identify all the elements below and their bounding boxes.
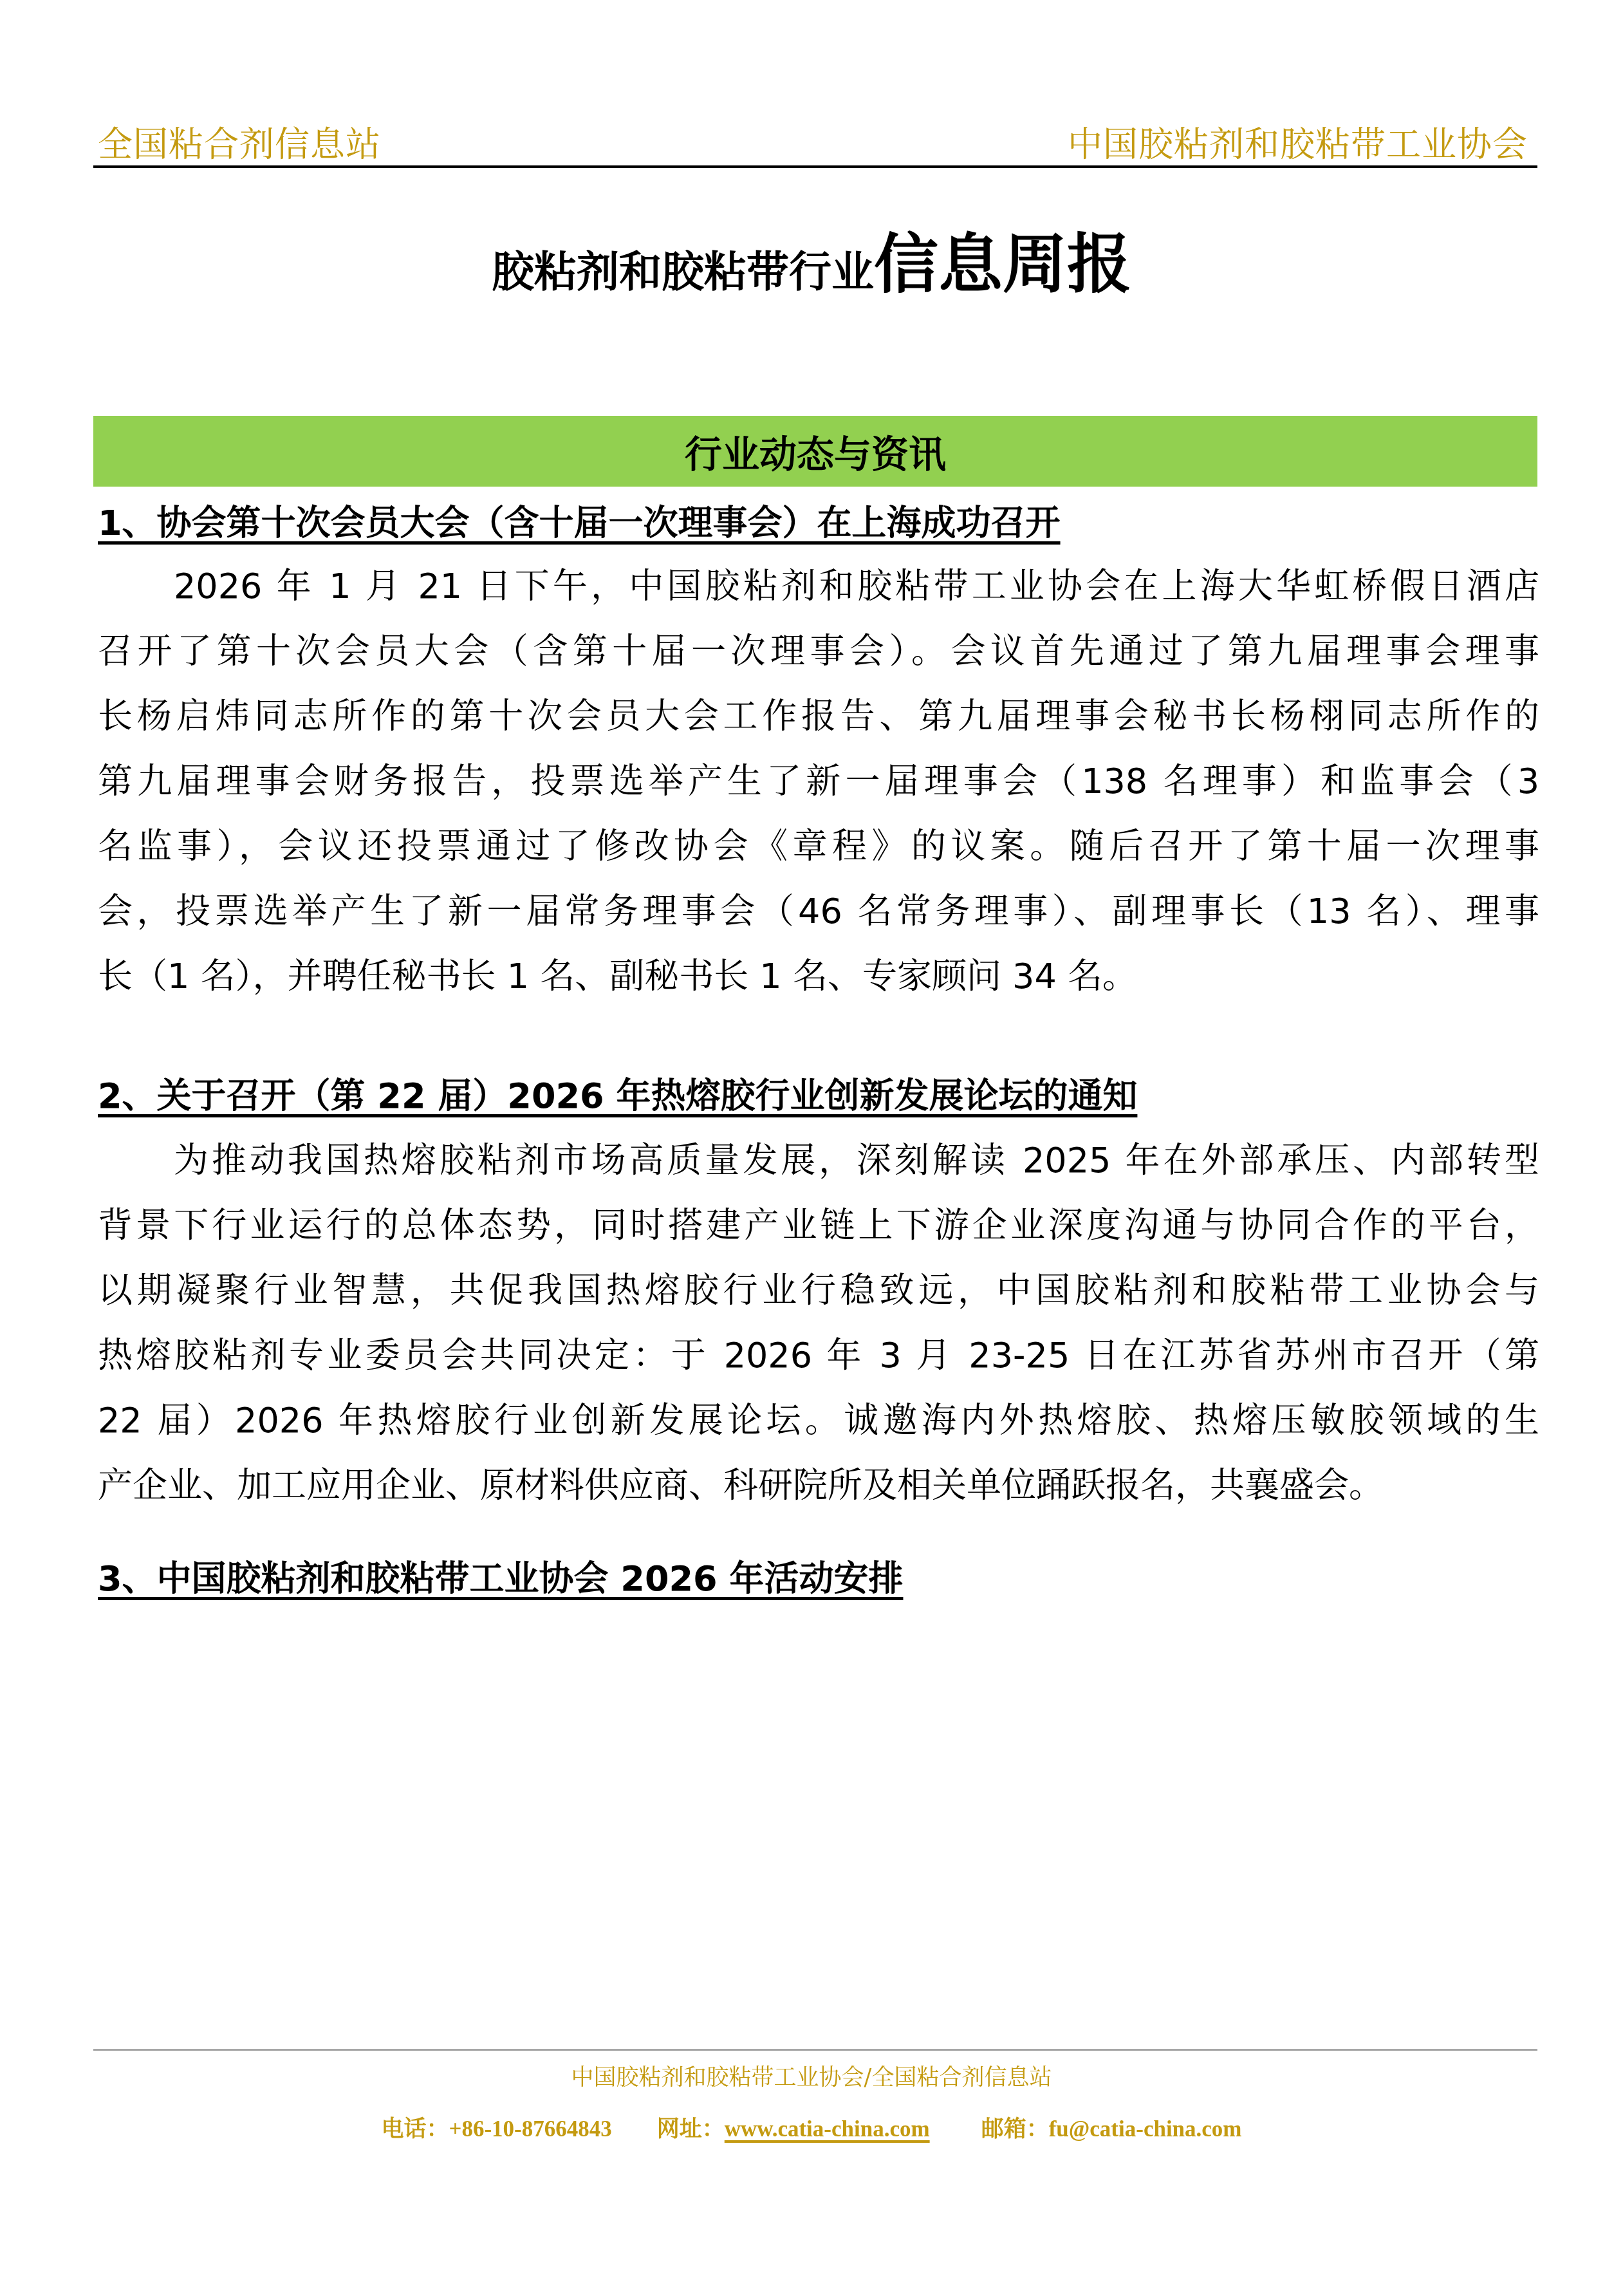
email-label: 邮箱：	[981, 2116, 1049, 2142]
footer-contacts: 电话：+86-10-87664843网址：www.catia-china.com…	[0, 2111, 1623, 2143]
section-body-2: 为推动我国热熔胶粘剂市场高质量发展，深刻解读 2025 年在外部承压、内部转型 …	[98, 1128, 1539, 1518]
text-line: 长杨启炜同志所作的第十次会员大会工作报告、第九届理事会秘书长杨栩同志所作的	[98, 684, 1539, 749]
footer-divider	[93, 2049, 1537, 2051]
phone-label: 电话：	[381, 2116, 449, 2142]
page-title: 胶粘剂和胶粘带行业信息周报	[0, 212, 1623, 305]
text-line: 长（1 名），并聘任秘书长 1 名、副秘书长 1 名、专家顾问 34 名。	[98, 944, 1539, 1009]
text-line: 22 届）2026 年热熔胶行业创新发展论坛。诚邀海内外热熔胶、热熔压敏胶领域的…	[98, 1388, 1539, 1453]
text-line: 产企业、加工应用企业、原材料供应商、科研院所及相关单位踊跃报名，共襄盛会。	[98, 1453, 1539, 1518]
text-line: 名监事），会议还投票通过了修改协会《章程》的议案。随后召开了第十届一次理事	[98, 814, 1539, 879]
text-line: 召开了第十次会员大会（含第十届一次理事会）。会议首先通过了第九届理事会理事	[98, 619, 1539, 684]
text-line: 背景下行业运行的总体态势，同时搭建产业链上下游企业深度沟通与协同合作的平台，	[98, 1193, 1539, 1258]
header-site-name: 全国粘合剂信息站	[98, 117, 381, 167]
phone-number: +86-10-87664843	[449, 2116, 611, 2142]
text-line: 以期凝聚行业智慧，共促我国热熔胶行业行稳致远，中国胶粘剂和胶粘带工业协会与	[98, 1258, 1539, 1323]
section-heading-3: 3、中国胶粘剂和胶粘带工业协会 2026 年活动安排	[98, 1551, 903, 1601]
text-line: 2026 年 1 月 21 日下午，中国胶粘剂和胶粘带工业协会在上海大华虹桥假日…	[98, 554, 1539, 619]
header-association-name: 中国胶粘剂和胶粘带工业协会	[1068, 117, 1528, 167]
section-heading-1: 1、协会第十次会员大会（含十届一次理事会）在上海成功召开	[98, 496, 1061, 545]
banner-label: 行业动态与资讯	[685, 424, 946, 478]
text-line: 为推动我国热熔胶粘剂市场高质量发展，深刻解读 2025 年在外部承压、内部转型	[98, 1128, 1539, 1193]
title-prefix: 胶粘剂和胶粘带行业	[492, 247, 874, 297]
title-main: 信息周报	[874, 227, 1131, 302]
website-label: 网址：	[657, 2116, 725, 2142]
footer-org: 中国胶粘剂和胶粘带工业协会/全国粘合剂信息站	[0, 2060, 1623, 2092]
text-line: 会，投票选举产生了新一届常务理事会（46 名常务理事）、副理事长（13 名）、理…	[98, 879, 1539, 944]
text-line: 热熔胶粘剂专业委员会共同决定：于 2026 年 3 月 23-25 日在江苏省苏…	[98, 1323, 1539, 1388]
text-line: 第九届理事会财务报告，投票选举产生了新一届理事会（138 名理事）和监事会（3	[98, 749, 1539, 814]
website-link[interactable]: www.catia-china.com	[725, 2116, 981, 2142]
section-body-1: 2026 年 1 月 21 日下午，中国胶粘剂和胶粘带工业协会在上海大华虹桥假日…	[98, 554, 1539, 1009]
header-divider	[93, 165, 1537, 168]
email-address[interactable]: fu@catia-china.com	[1049, 2116, 1242, 2142]
section-heading-2: 2、关于召开（第 22 届）2026 年热熔胶行业创新发展论坛的通知	[98, 1069, 1137, 1118]
section-banner: 行业动态与资讯	[93, 416, 1537, 487]
document-page: 全国粘合剂信息站 中国胶粘剂和胶粘带工业协会 胶粘剂和胶粘带行业信息周报 行业动…	[0, 0, 1623, 2296]
